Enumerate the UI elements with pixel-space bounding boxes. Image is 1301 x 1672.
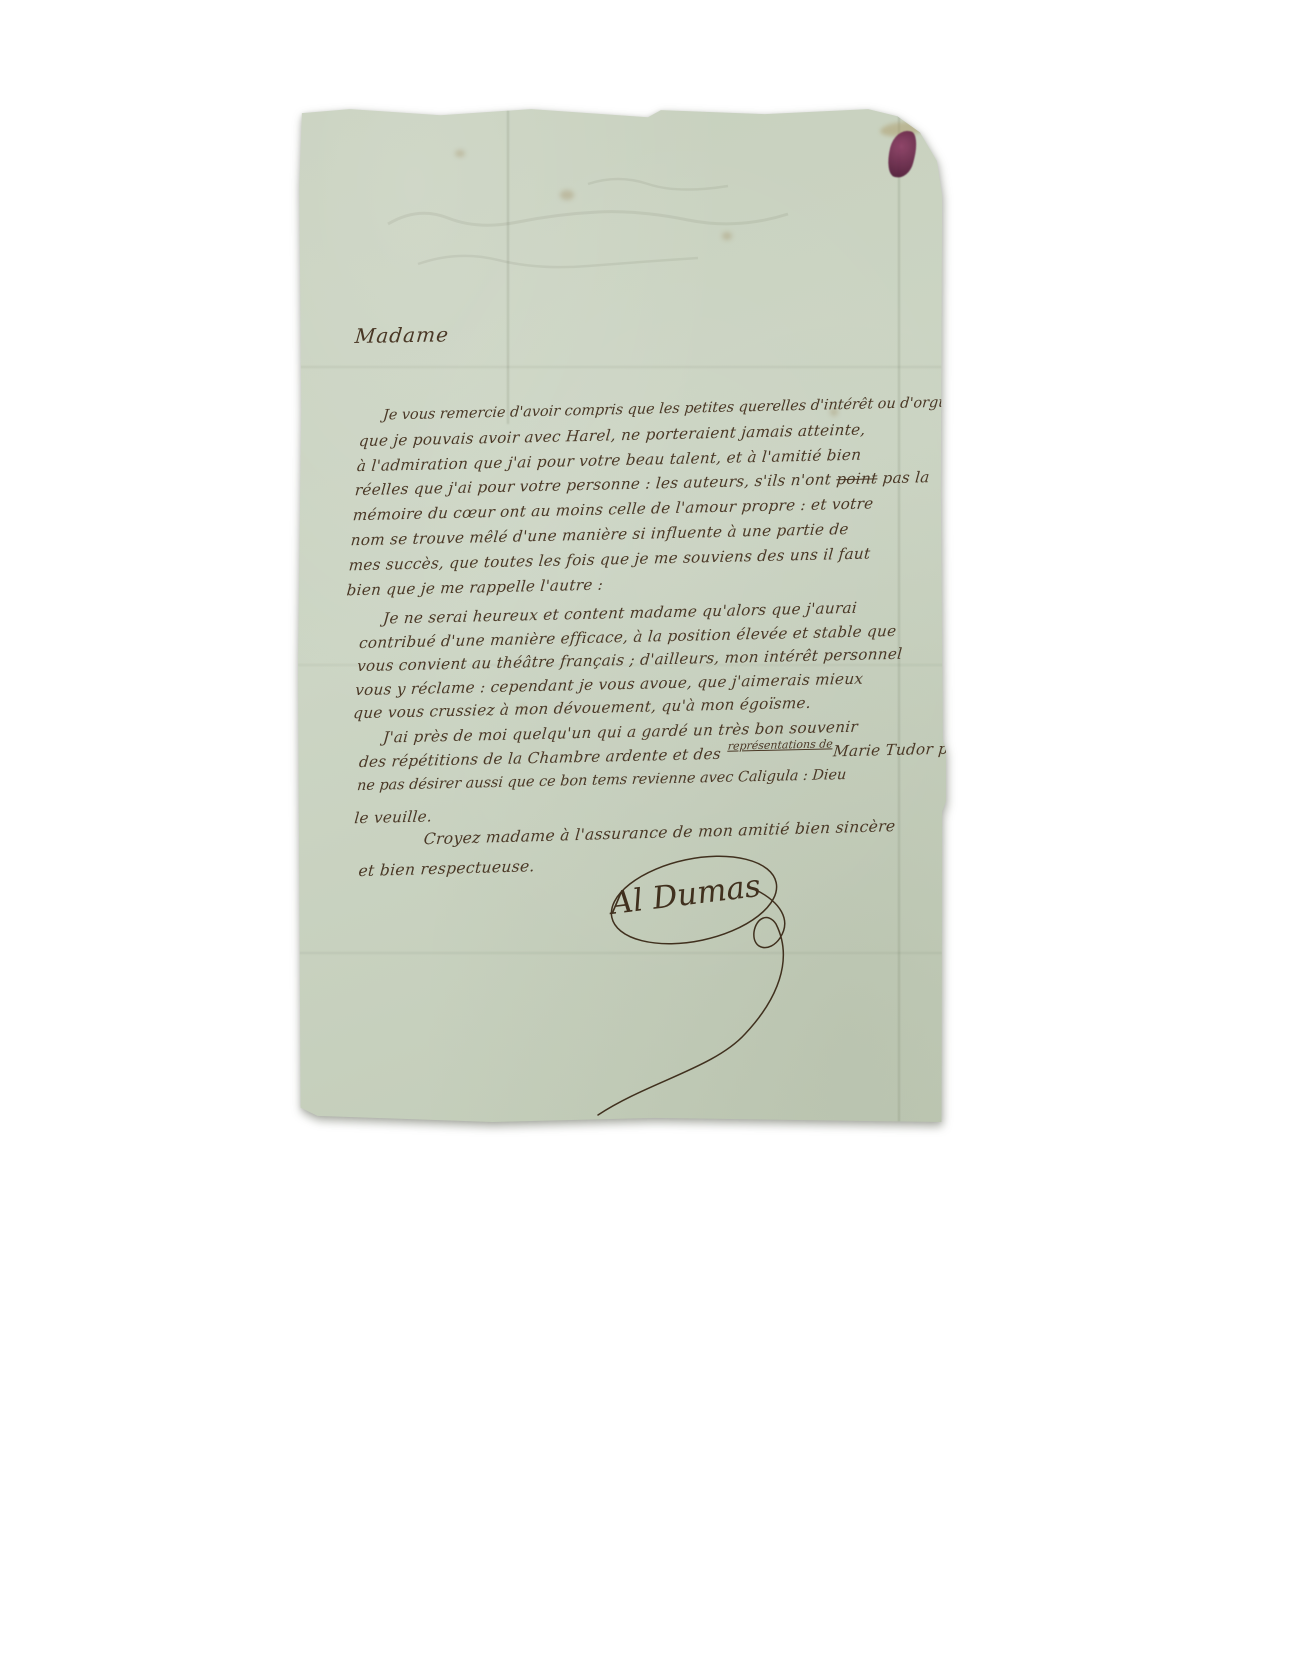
paragraph-2: Je ne serai heureux et content madame qu… — [352, 596, 907, 726]
fold-crease-vertical-center — [507, 104, 509, 424]
ink-bleed-through — [378, 164, 808, 304]
letter-paper: Madame Je vous remercie d'avoir compris … — [298, 104, 946, 1122]
interlinear-insertion: représentations de — [727, 732, 834, 758]
foxing-spot — [560, 190, 574, 200]
foxing-spot — [722, 232, 732, 240]
fold-crease-horizontal-upper — [298, 366, 946, 368]
signature-flourish: Al Dumas — [556, 828, 826, 1123]
foxing-spot — [455, 150, 465, 157]
paragraph-1: Je vous remercie d'avoir compris que les… — [346, 390, 966, 603]
struck-word: point — [836, 470, 879, 489]
signature-paraph-tail — [598, 890, 785, 1115]
line-text: pas la — [877, 469, 931, 488]
line-text: Marie Tudor pour — [832, 739, 976, 760]
signature-text: Al Dumas — [606, 868, 763, 922]
salutation: Madame — [354, 322, 450, 348]
letter-photo: Madame Je vous remercie d'avoir compris … — [298, 104, 946, 1122]
